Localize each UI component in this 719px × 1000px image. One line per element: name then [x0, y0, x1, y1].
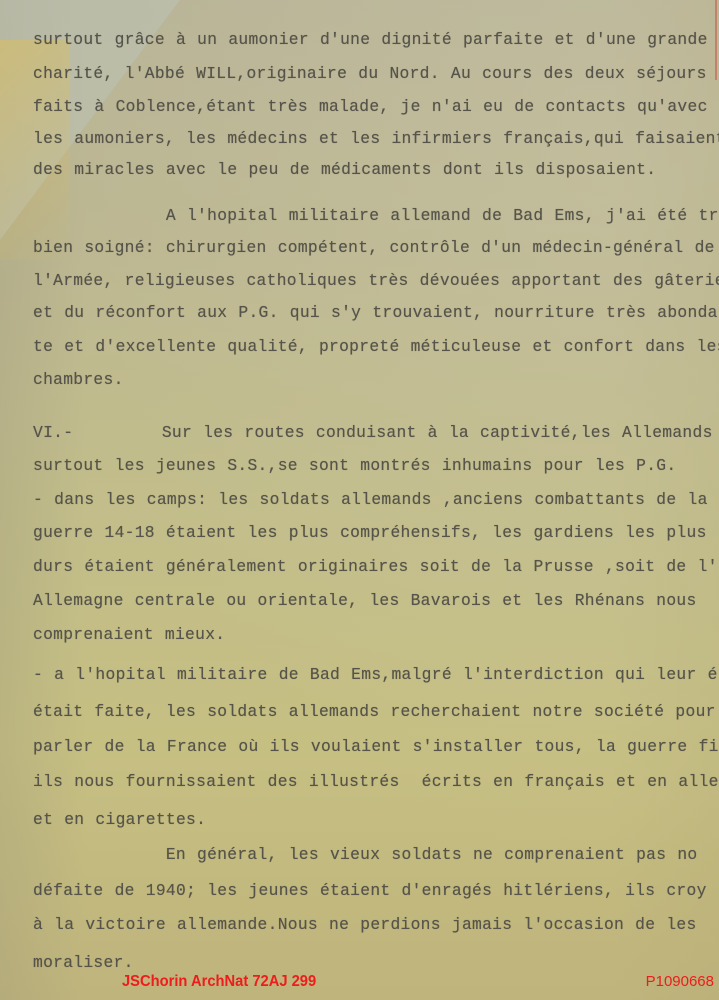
text-line: - a l'hopital militaire de Bad Ems,malgr… — [33, 665, 718, 684]
text-line: les aumoniers, les médecins et les infir… — [33, 129, 719, 148]
text-line: guerre 14-18 étaient les plus compréhens… — [33, 523, 707, 542]
text-line: chambres. — [33, 370, 124, 389]
text-line: surtout les jeunes S.S.,se sont montrés … — [33, 456, 676, 475]
text-line: parler de la France où ils voulaient s'i… — [33, 737, 719, 756]
text-line: - dans les camps: les soldats allemands … — [33, 490, 708, 509]
text-line: était faite, les soldats allemands reche… — [33, 702, 716, 721]
text-line: te et d'excellente qualité, propreté mét… — [33, 337, 719, 356]
text-line: des miracles avec le peu de médicaments … — [33, 160, 656, 179]
text-line: surtout grâce à un aumonier d'une dignit… — [33, 30, 708, 49]
text-line: En général, les vieux soldats ne compren… — [33, 845, 698, 864]
text-line: durs étaient généralement originaires so… — [33, 557, 718, 576]
text-line: charité, l'Abbé WILL,originaire du Nord.… — [33, 64, 707, 83]
section-heading-line: VI.- Sur les routes conduisant à la capt… — [33, 423, 713, 442]
text-line: l'Armée, religieuses catholiques très dé… — [33, 271, 719, 290]
text-line: comprenaient mieux. — [33, 625, 225, 644]
text-line: et du réconfort aux P.G. qui s'y trouvai… — [33, 303, 718, 322]
page-edge-mark — [715, 0, 717, 80]
text-line: moraliser. — [33, 953, 134, 972]
text-line: défaite de 1940; les jeunes étaient d'en… — [33, 881, 707, 900]
text-line: à la victoire allemande.Nous ne perdions… — [33, 915, 708, 934]
text-line: faits à Coblence,étant très malade, je n… — [33, 97, 708, 116]
photo-id-label: P1090668 — [646, 973, 714, 990]
text-line: et en cigarettes. — [33, 810, 206, 829]
text-line: Allemagne centrale ou orientale, les Bav… — [33, 591, 697, 610]
text-line: A l'hopital militaire allemand de Bad Em… — [33, 206, 719, 225]
document-page: surtout grâce à un aumonier d'une dignit… — [0, 0, 719, 1000]
text-line: bien soigné: chirurgien compétent, contr… — [33, 238, 715, 257]
text-line: ils nous fournissaient des illustrés écr… — [33, 772, 719, 791]
archive-reference-label: JSChorin ArchNat 72AJ 299 — [122, 973, 316, 991]
